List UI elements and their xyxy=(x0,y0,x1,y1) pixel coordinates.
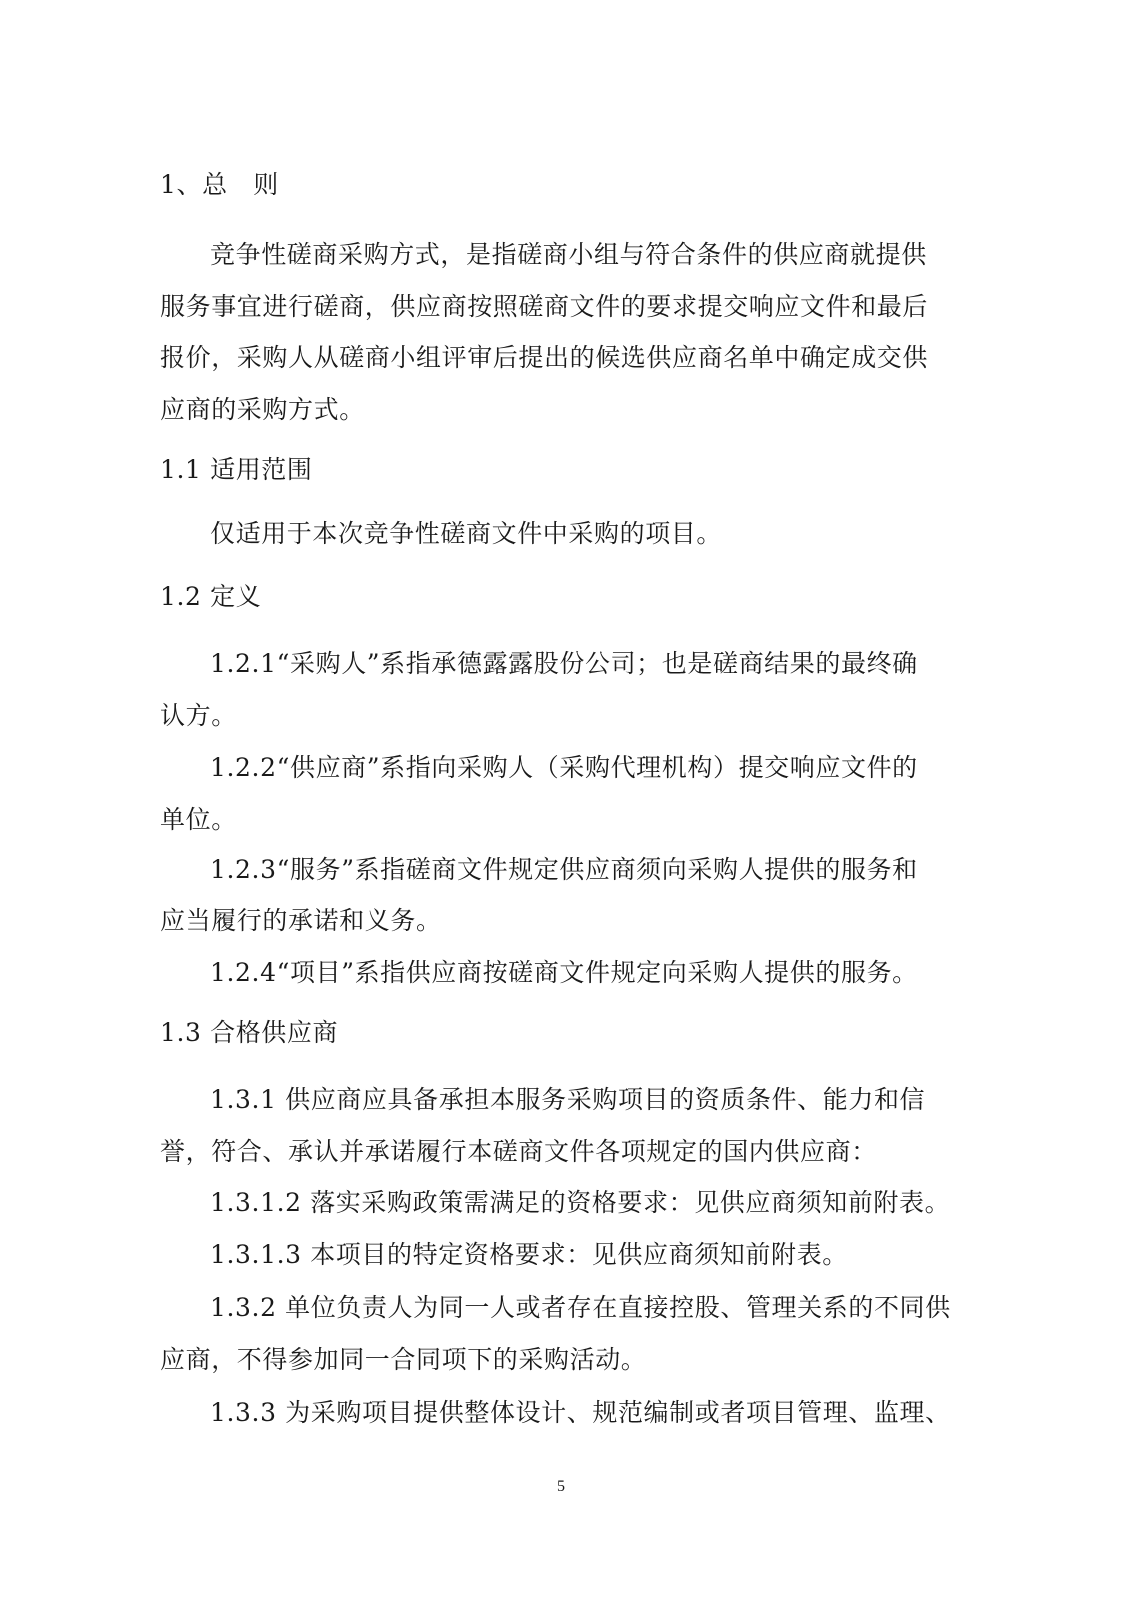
def-1-2-2-line-2: 单位。 xyxy=(160,805,237,835)
s1-3-1-line-2: 誉，符合、承认并承诺履行本磋商文件各项规定的国内供应商： xyxy=(160,1137,877,1167)
s1-3-1-2-line-1: 1.3.1.2 落实采购政策需满足的资格要求：见供应商须知前附表。 xyxy=(210,1188,950,1218)
document-page: 1、总 则 竞争性磋商采购方式，是指磋商小组与符合条件的供应商就提供 服务事宜进… xyxy=(0,0,1131,1600)
s1-3-2-line-2: 应商，不得参加同一合同项下的采购活动。 xyxy=(160,1345,646,1375)
s1-3-2-line-1: 1.3.2 单位负责人为同一人或者存在直接控股、管理关系的不同供 xyxy=(210,1293,951,1323)
def-1-2-2-line-1: 1.2.2“供应商”系指向采购人（采购代理机构）提交响应文件的 xyxy=(210,753,918,783)
intro-line-1: 竞争性磋商采购方式，是指磋商小组与符合条件的供应商就提供 xyxy=(210,240,927,270)
heading-1-3: 1.3 合格供应商 xyxy=(160,1018,338,1048)
section-title: 1、总 则 xyxy=(160,170,279,200)
def-1-2-3-line-1: 1.2.3“服务”系指磋商文件规定供应商须向采购人提供的服务和 xyxy=(210,855,918,885)
def-1-2-3-line-2: 应当履行的承诺和义务。 xyxy=(160,906,442,936)
intro-line-4: 应商的采购方式。 xyxy=(160,395,365,425)
intro-line-2: 服务事宜进行磋商，供应商按照磋商文件的要求提交响应文件和最后 xyxy=(160,292,928,322)
s1-3-1-line-1: 1.3.1 供应商应具备承担本服务采购项目的资质条件、能力和信 xyxy=(210,1085,925,1115)
def-1-2-1-line-2: 认方。 xyxy=(160,701,237,731)
heading-1-2: 1.2 定义 xyxy=(160,582,261,612)
def-1-2-1-line-1: 1.2.1“采购人”系指承德露露股份公司；也是磋商结果的最终确 xyxy=(210,649,918,679)
s1-1-line-1: 仅适用于本次竞争性磋商文件中采购的项目。 xyxy=(210,519,722,549)
page-number: 5 xyxy=(557,1478,565,1496)
s1-3-1-3-line-1: 1.3.1.3 本项目的特定资格要求：见供应商须知前附表。 xyxy=(210,1240,848,1270)
heading-1-1: 1.1 适用范围 xyxy=(160,455,313,485)
s1-3-3-line-1: 1.3.3 为采购项目提供整体设计、规范编制或者项目管理、监理、 xyxy=(210,1398,951,1428)
def-1-2-4-line-1: 1.2.4“项目”系指供应商按磋商文件规定向采购人提供的服务。 xyxy=(210,958,918,988)
intro-line-3: 报价，采购人从磋商小组评审后提出的候选供应商名单中确定成交供 xyxy=(160,343,928,373)
